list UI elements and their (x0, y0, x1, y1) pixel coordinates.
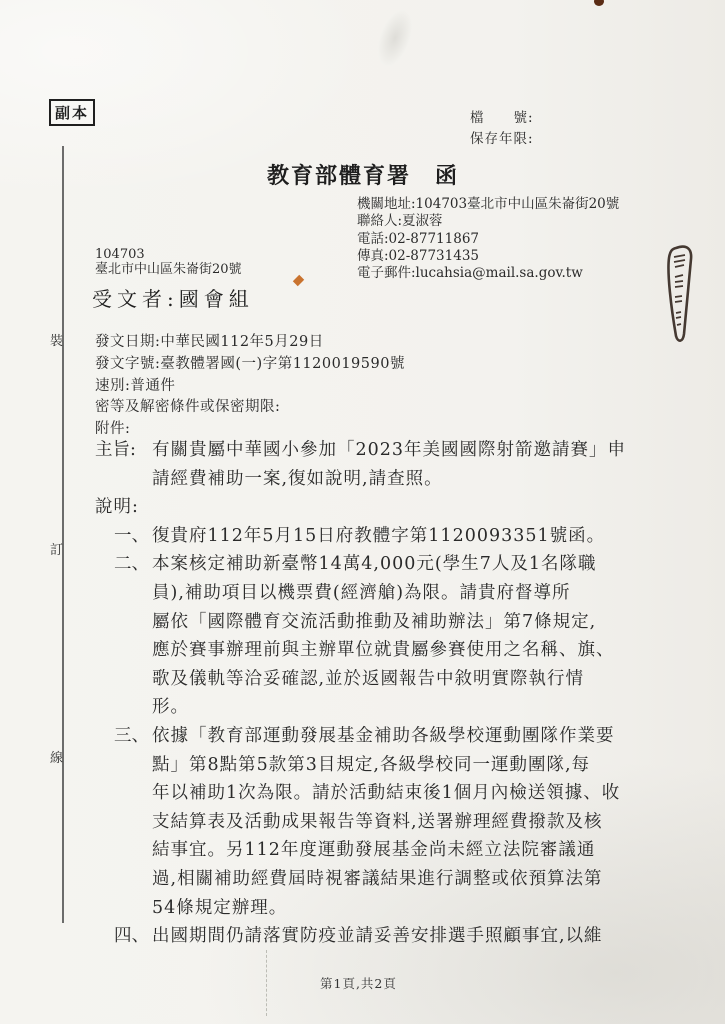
text-line: 歌及儀軌等洽妥確認,並於返國報告中敘明實際執行情 (152, 665, 615, 694)
binding-mark-ding: 訂 (50, 539, 63, 558)
text-line: 電話:02-87711867 (357, 231, 619, 248)
file-number-block: 檔 號: 保存年限: (470, 108, 534, 150)
text-line: 依據「教育部運動發展基金補助各級學校運動團隊作業要 (152, 722, 620, 751)
list-item-lines: 復貴府112年5月15日府教體字第1120093351號函。 (152, 522, 605, 551)
list-item: 二、本案核定補助新臺幣14萬4,000元(學生7人及1名隊職員),補助項目以機票… (114, 550, 695, 722)
subject-lines: 有關貴屬中華國小參加「2023年美國國際射箭邀請賽」申請經費補助一案,復如說明,… (152, 436, 626, 493)
text-line: 應於賽事辦理前與主辦單位就貴屬參賽使用之名稱、旗、 (152, 636, 615, 665)
text-line: 年以補助1次為限。請於活動結束後1個月內檢送領據、收 (152, 779, 620, 808)
binding-mark-xian: 線 (50, 747, 63, 766)
list-item: 四、出國期間仍請落實防疫並請妥善安排選手照顧事宜,以維 (114, 922, 695, 951)
explanation-items: 一、復貴府112年5月15日府教體字第1120093351號函。二、本案核定補助… (95, 522, 695, 951)
text-line: 有關貴屬中華國小參加「2023年美國國際射箭邀請賽」申 (152, 436, 626, 465)
text-line: 54條規定辦理。 (152, 894, 620, 923)
text-line: 復貴府112年5月15日府教體字第1120093351號函。 (152, 522, 605, 551)
recipient-address-block: 104703 臺北市中山區朱崙街20號 (95, 247, 242, 277)
list-item: 一、復貴府112年5月15日府教體字第1120093351號函。 (114, 522, 695, 551)
retention-label: 保存年限: (470, 129, 534, 150)
text-line: 聯絡人:夏淑蓉 (357, 213, 619, 230)
partial-stamp-icon (662, 245, 698, 347)
text-line: 點」第8點第5款第3目規定,各級學校同一運動團隊,每 (152, 751, 620, 780)
binding-mark-zhuang: 裝 (50, 330, 63, 349)
text-line: 速別:普通件 (95, 376, 405, 398)
list-item-number: 四、 (114, 922, 152, 951)
explanation-label: 說明: (95, 493, 695, 522)
text-line: 電子郵件:lucahsia@mail.sa.gov.tw (357, 265, 619, 282)
ink-speck-orange (293, 275, 304, 286)
text-line: 過,相關補助經費屆時視審議結果進行調整或依預算法第 (152, 865, 620, 894)
list-item-number: 三、 (114, 722, 152, 922)
list-item-number: 一、 (114, 522, 152, 551)
text-line: 員),補助項目以機票費(經濟艙)為限。請貴府督導所 (152, 579, 615, 608)
text-line: 發文字號:臺教體署國(一)字第1120019590號 (95, 354, 405, 376)
text-line: 支結算表及活動成果報告等資料,送署辦理經費撥款及核 (152, 808, 620, 837)
page-number: 第1頁,共2頁 (320, 974, 397, 992)
text-line: 屬依「國際體育交流活動推動及補助辦法」第7條規定, (152, 608, 615, 637)
recipient-zip: 104703 (95, 247, 242, 262)
document-title: 教育部體育署 函 (267, 159, 459, 190)
text-line: 結事宜。另112年度運動發展基金尚未經立法院審議通 (152, 836, 620, 865)
text-line: 發文日期:中華民國112年5月29日 (95, 332, 405, 354)
file-number-label: 檔 號: (470, 108, 534, 129)
text-line: 本案核定補助新臺幣14萬4,000元(學生7人及1名隊職 (152, 550, 615, 579)
scanned-letter-page: 副本 檔 號: 保存年限: 教育部體育署 函 機關地址:104703臺北市中山區… (0, 0, 725, 1024)
subject-label: 主旨: (95, 436, 152, 493)
list-item-lines: 出國期間仍請落實防疫並請妥善安排選手照顧事宜,以維 (152, 922, 603, 951)
copy-stamp-label: 副本 (55, 102, 89, 123)
list-item-lines: 依據「教育部運動發展基金補助各級學校運動團隊作業要點」第8點第5款第3目規定,各… (152, 722, 620, 922)
subject-row: 主旨: 有關貴屬中華國小參加「2023年美國國際射箭邀請賽」申請經費補助一案,復… (95, 436, 695, 493)
fold-artifact (266, 950, 267, 1016)
list-item-lines: 本案核定補助新臺幣14萬4,000元(學生7人及1名隊職員),補助項目以機票費(… (152, 550, 615, 722)
scan-artifact (371, 5, 420, 72)
text-line: 出國期間仍請落實防疫並請妥善安排選手照顧事宜,以維 (152, 922, 603, 951)
binding-margin-line (62, 146, 64, 923)
text-line: 密等及解密條件或保密期限: (95, 397, 405, 419)
agency-info-block: 機關地址:104703臺北市中山區朱崙街20號聯絡人:夏淑蓉電話:02-8771… (357, 196, 619, 282)
recipient-line: 受文者:國會組 (92, 283, 254, 312)
copy-stamp-box: 副本 (49, 99, 95, 126)
text-line: 請經費補助一案,復如說明,請查照。 (152, 465, 626, 494)
issue-meta-block: 發文日期:中華民國112年5月29日發文字號:臺教體署國(一)字第1120019… (95, 332, 405, 441)
text-line: 傳真:02-87731435 (357, 248, 619, 265)
letter-body: 主旨: 有關貴屬中華國小參加「2023年美國國際射箭邀請賽」申請經費補助一案,復… (95, 436, 695, 951)
text-line: 形。 (152, 693, 615, 722)
ink-speck-top (594, 0, 604, 6)
list-item-number: 二、 (114, 550, 152, 722)
list-item: 三、依據「教育部運動發展基金補助各級學校運動團隊作業要點」第8點第5款第3目規定… (114, 722, 695, 922)
text-line: 機關地址:104703臺北市中山區朱崙街20號 (357, 196, 619, 213)
recipient-address: 臺北市中山區朱崙街20號 (95, 262, 242, 277)
